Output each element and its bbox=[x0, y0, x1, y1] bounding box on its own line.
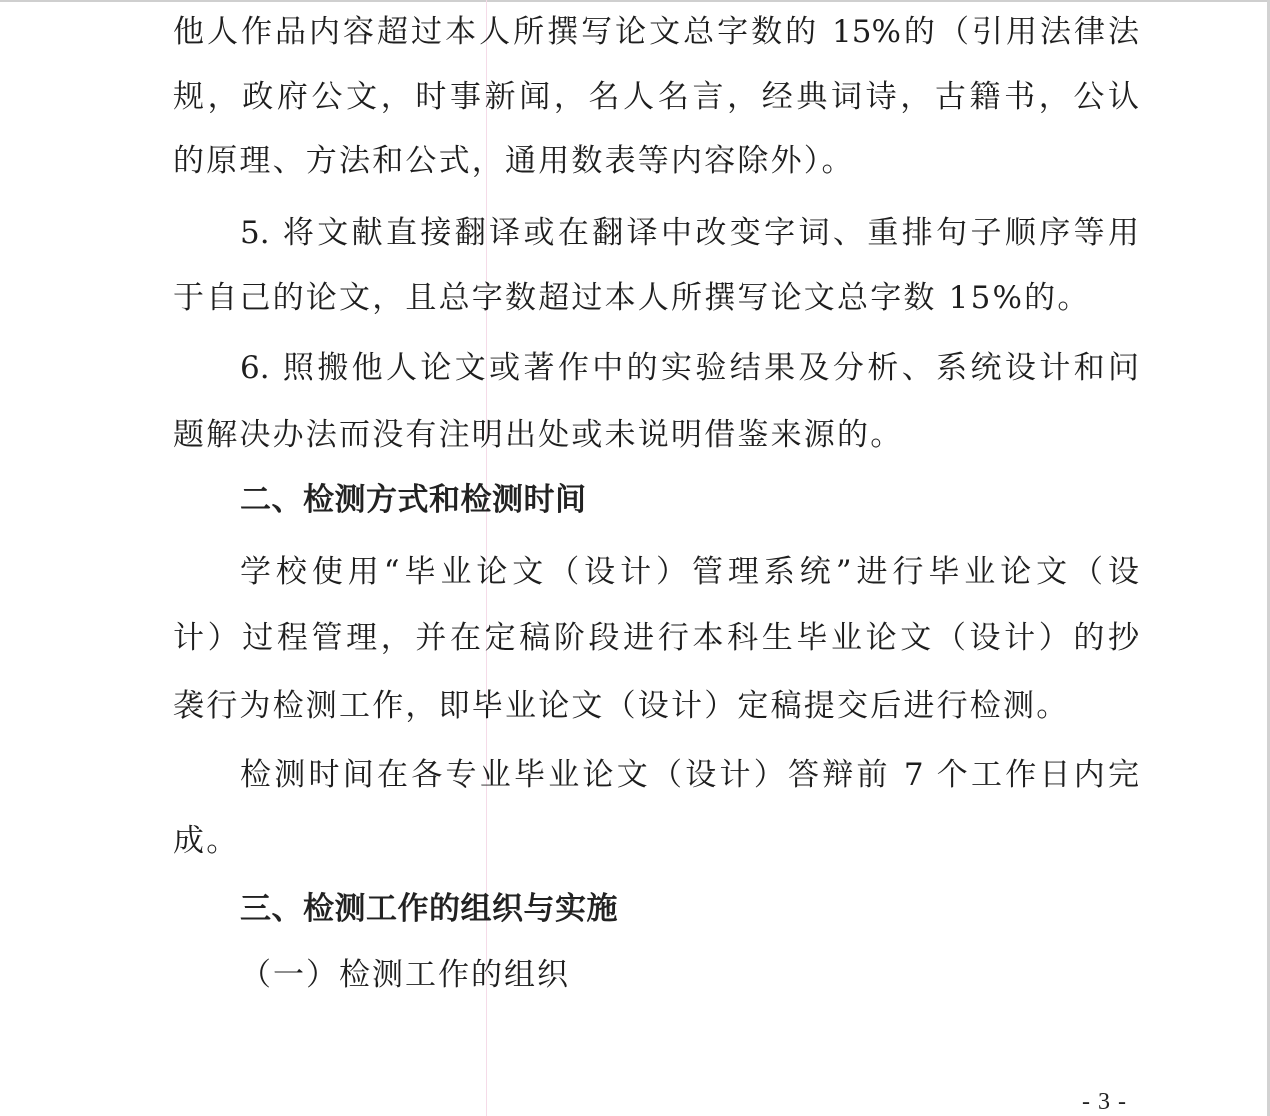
paragraph-line: 计）过程管理，并在定稿阶段进行本科生毕业论文（设计）的抄 bbox=[173, 616, 1139, 660]
body-text-line: 规，政府公文，时事新闻，名人名言，经典词诗，古籍书，公认 bbox=[173, 75, 1139, 119]
document-page: 他人作品内容超过本人所撰写论文总字数的 15%的（引用法律法 规，政府公文，时事… bbox=[0, 0, 1270, 1116]
list-item-5-line: 5. 将文献直接翻译或在翻译中改变字词、重排句子顺序等用 bbox=[240, 211, 1139, 255]
paragraph-line: 成。 bbox=[173, 819, 1139, 863]
paragraph-line: 检测时间在各专业毕业论文（设计）答辩前 7 个工作日内完 bbox=[240, 753, 1139, 797]
paragraph-line: 学校使用“毕业论文（设计）管理系统”进行毕业论文（设 bbox=[240, 550, 1139, 594]
section-heading-2: 二、检测方式和检测时间 bbox=[240, 478, 587, 522]
section-heading-3: 三、检测工作的组织与实施 bbox=[240, 887, 618, 931]
body-text-line: 的原理、方法和公式，通用数表等内容除外）。 bbox=[173, 139, 1139, 183]
list-item-6-line: 6. 照搬他人论文或著作中的实验结果及分析、系统设计和问 bbox=[240, 346, 1139, 390]
subsection-heading: （一）检测工作的组织 bbox=[240, 953, 570, 997]
body-text-line: 他人作品内容超过本人所撰写论文总字数的 15%的（引用法律法 bbox=[173, 10, 1139, 54]
paragraph-line: 袭行为检测工作，即毕业论文（设计）定稿提交后进行检测。 bbox=[173, 684, 1139, 728]
list-item-5-line: 于自己的论文，且总字数超过本人所撰写论文总字数 15%的。 bbox=[173, 276, 1139, 320]
list-item-6-line: 题解决办法而没有注明出处或未说明借鉴来源的。 bbox=[173, 413, 1139, 457]
page-number: - 3 - bbox=[1082, 1087, 1127, 1116]
